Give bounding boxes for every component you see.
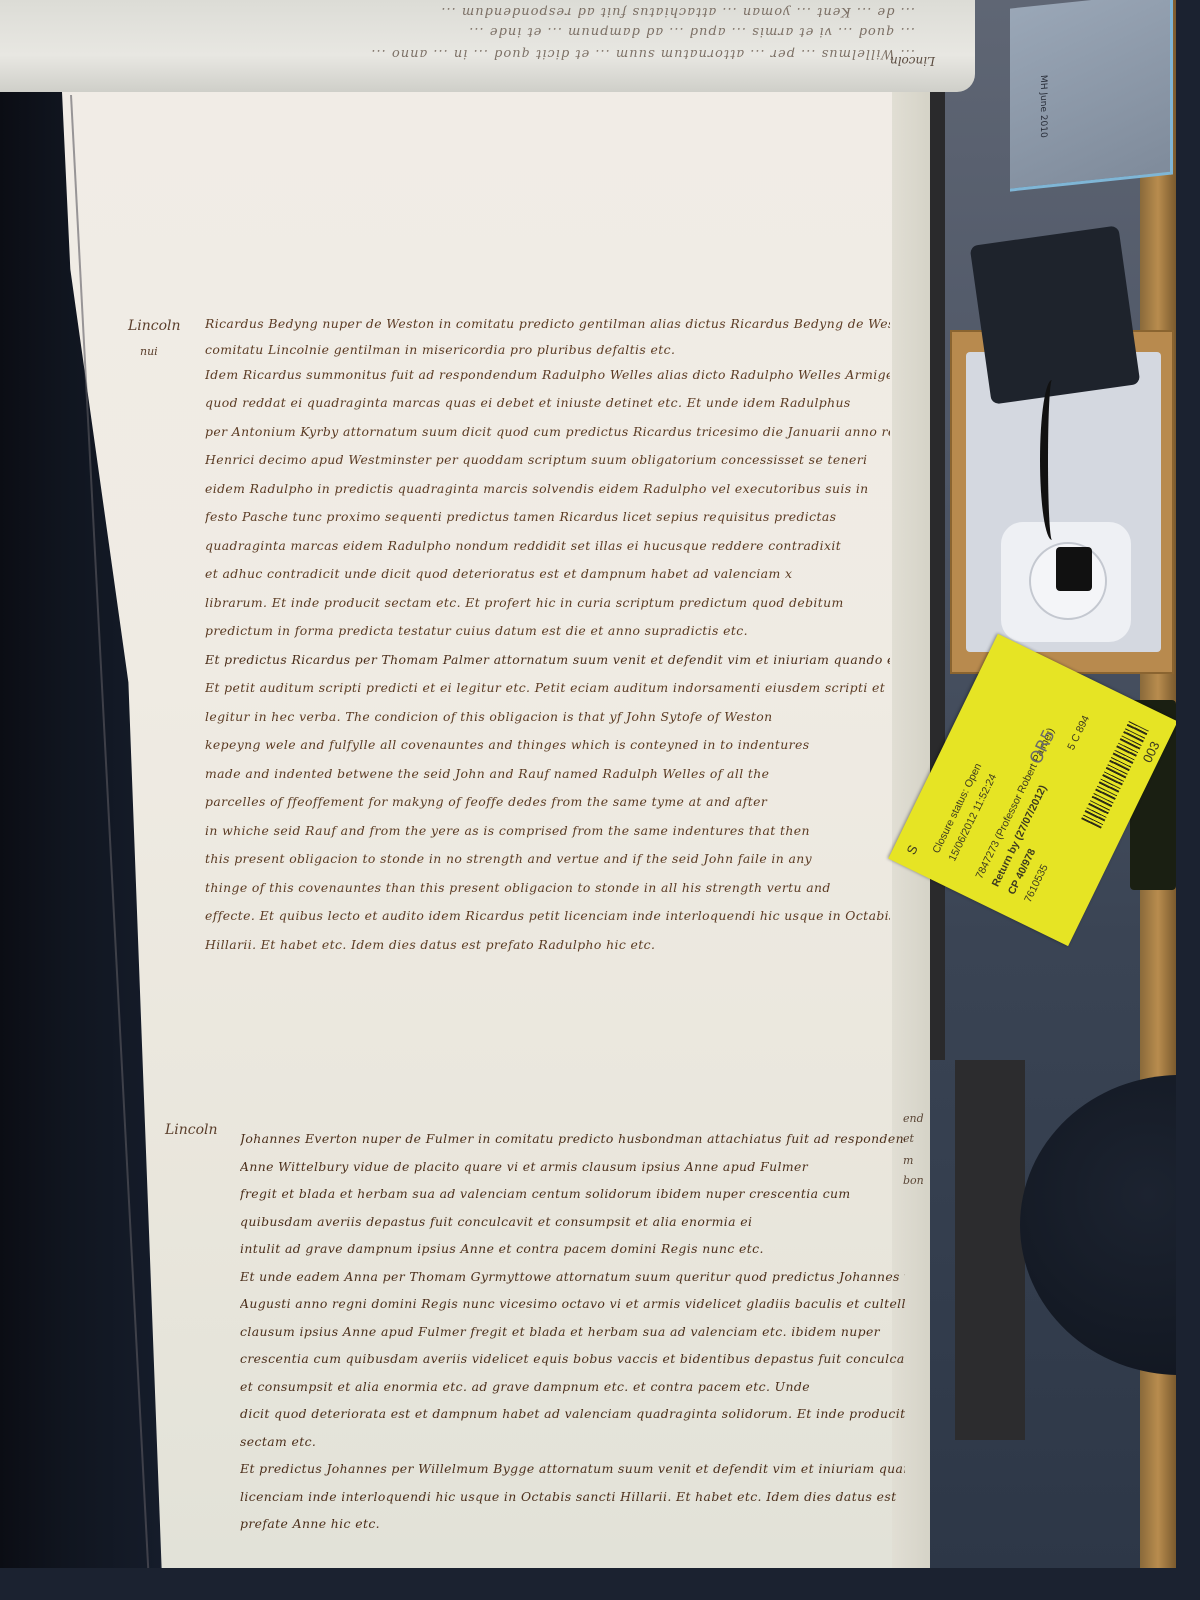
entry-line: kepeyng wele and fulfylle all covenaunte… <box>205 731 890 760</box>
margin-note-county: Lincoln <box>128 318 181 334</box>
roll-line: ... Willelmus ... per ... attornatum suu… <box>0 46 915 61</box>
slip-corner-code: S <box>903 843 920 857</box>
slip-handwritten-code: OR5 <box>1026 726 1060 767</box>
roll-margin-note: Lincoln <box>890 54 935 68</box>
entry-line: predictum in forma predicta testatur cui… <box>205 617 890 646</box>
entry-line: eidem Radulpho in predictis quadraginta … <box>205 475 890 504</box>
weight-strip-lower <box>955 1060 1025 1440</box>
power-adapter <box>970 225 1141 404</box>
entry-line: dicit quod deteriorata est et dampnum ha… <box>240 1400 905 1428</box>
entry-line: this present obligacion to stonde in no … <box>205 845 890 874</box>
entry-line: prefate Anne hic etc. <box>240 1510 905 1538</box>
fragment-text: end <box>903 1112 924 1125</box>
entry-line: Et unde eadem Anna per Thomam Gyrmyttowe… <box>240 1263 905 1291</box>
plug-icon <box>1056 547 1092 591</box>
entry-line: librarum. Et inde producit sectam etc. E… <box>205 589 890 618</box>
entry-line: et adhuc contradicit unde dicit quod det… <box>205 560 890 589</box>
entry-line: Et predictus Johannes per Willelmum Bygg… <box>240 1455 905 1483</box>
entry-line: Anne Wittelbury vidue de placito quare v… <box>240 1153 905 1181</box>
entry-line: Et petit auditum scripti predicti et ei … <box>205 674 890 703</box>
power-cable <box>1040 380 1064 540</box>
entry-line: thinge of this covenauntes than this pre… <box>205 874 890 903</box>
entry-line: effecte. Et quibus lecto et audito idem … <box>205 902 890 931</box>
entry-line: Henrici decimo apud Westminster per quod… <box>205 446 890 475</box>
entry-line: Hillarii. Et habet etc. Idem dies datus … <box>205 931 890 960</box>
entry-line: festo Pasche tunc proximo sequenti predi… <box>205 503 890 532</box>
entry-line: quadraginta marcas eidem Radulpho nondum… <box>205 532 890 561</box>
entry-line: quibusdam averiis depastus fuit conculca… <box>240 1208 905 1236</box>
roll-line: ... de ... Kent ... yoman ... attachiatu… <box>0 4 915 19</box>
margin-note-sub: nui <box>140 345 158 358</box>
entry-line: made and indented betwene the seid John … <box>205 760 890 789</box>
entry-line: intulit ad grave dampnum ipsius Anne et … <box>240 1235 905 1263</box>
plea-entry-1: Ricardus Bedyng nuper de Weston in comit… <box>205 310 890 959</box>
roll-line: ... quod ... vi et armis ... apud ... ad… <box>0 24 915 39</box>
slip-location-code: 5 C 894 <box>1065 714 1092 752</box>
entry-line: et consumpsit et alia enormia etc. ad gr… <box>240 1373 905 1401</box>
rolled-membrane-top: ... de ... Kent ... yoman ... attachiatu… <box>0 0 975 92</box>
entry-line: fregit et blada et herbam sua ad valenci… <box>240 1180 905 1208</box>
entry-line: Et predictus Ricardus per Thomam Palmer … <box>205 646 890 675</box>
entry-line: quod reddat ei quadraginta marcas quas e… <box>205 389 890 418</box>
entry-line: licenciam inde interloquendi hic usque i… <box>240 1483 905 1511</box>
entry-line: comitatu Lincolnie gentilman in miserico… <box>205 339 890 361</box>
entry-line: Johannes Everton nuper de Fulmer in comi… <box>240 1125 905 1153</box>
entry-line: per Antonium Kyrby attornatum suum dicit… <box>205 418 890 447</box>
entry-line: clausum ipsius Anne apud Fulmer fregit e… <box>240 1318 905 1346</box>
entry-line: parcelles of ffeoffement for makyng of f… <box>205 788 890 817</box>
acrylic-sign-stand: MH June 2010 <box>1010 0 1173 192</box>
entry-line: Idem Ricardus summonitus fuit ad respond… <box>205 361 890 390</box>
entry-line: Augusti anno regni domini Regis nunc vic… <box>240 1290 905 1318</box>
entry-line: sectam etc. <box>240 1428 905 1456</box>
margin-note-county: Lincoln <box>165 1122 218 1138</box>
faint-offset-writing <box>80 600 190 622</box>
entry-line: Ricardus Bedyng nuper de Weston in comit… <box>205 310 890 339</box>
entry-line: legitur in hec verba. The condicion of t… <box>205 703 890 732</box>
fragment-text: bon <box>903 1174 924 1187</box>
entry-line: in whiche seid Rauf and from the yere as… <box>205 817 890 846</box>
plea-entry-2: Johannes Everton nuper de Fulmer in comi… <box>240 1125 905 1538</box>
stand-label: MH June 2010 <box>1038 75 1048 139</box>
entry-line: crescentia cum quibusdam averiis videlic… <box>240 1345 905 1373</box>
